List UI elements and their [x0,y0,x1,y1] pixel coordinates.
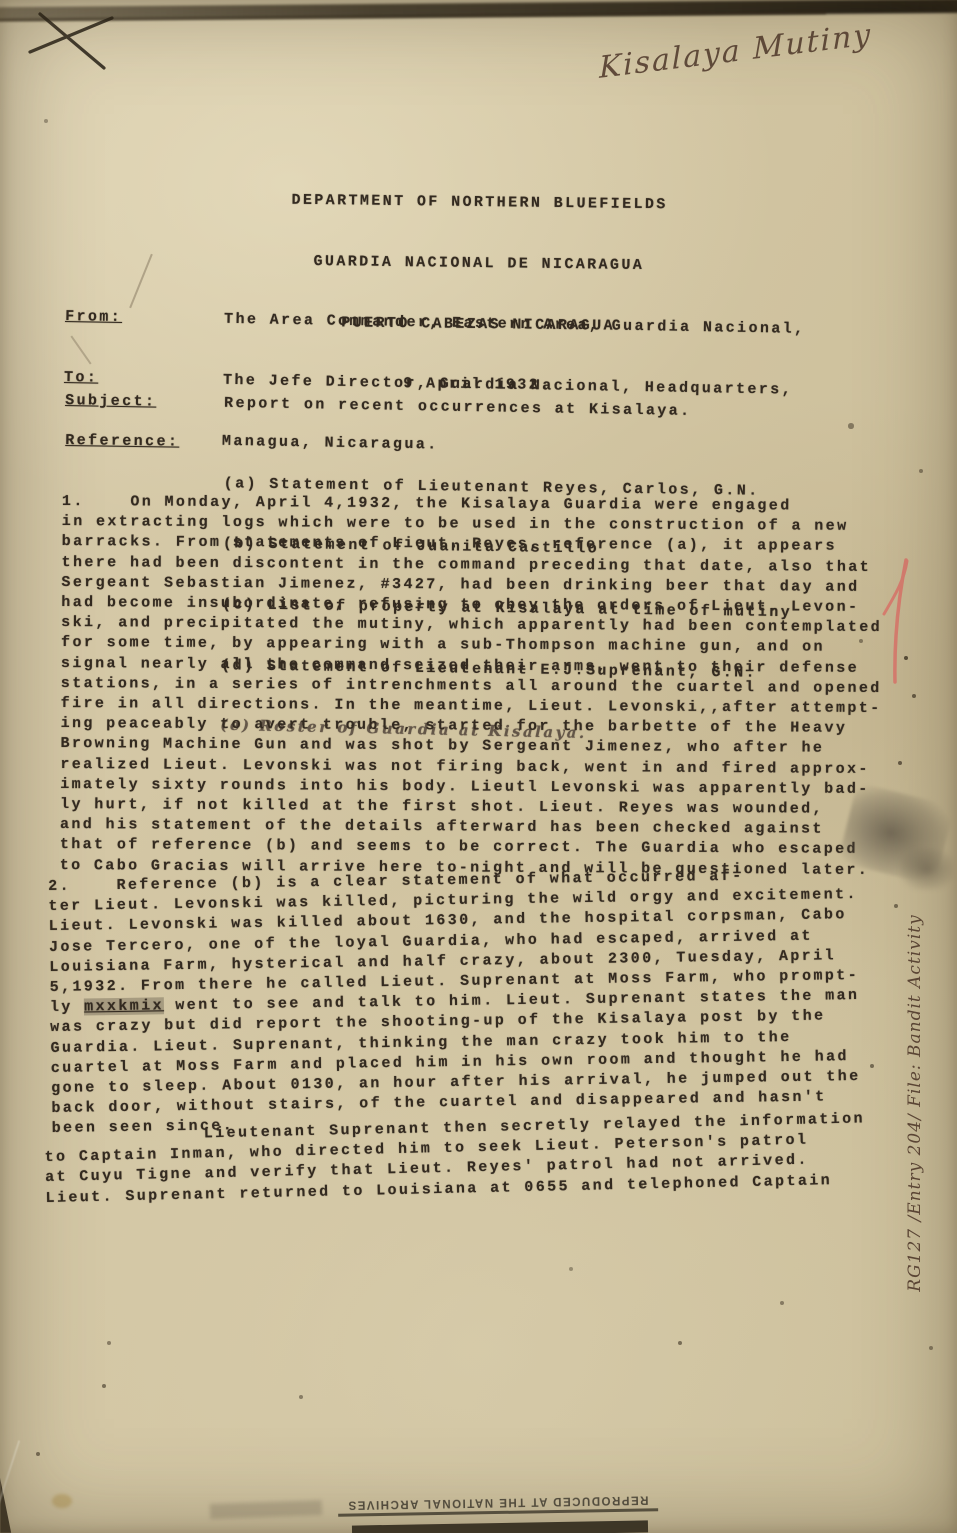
faint-print-ghost [210,1500,322,1519]
from-label: From: [65,308,122,326]
paragraph-2-struck-word: mxxkmix [84,998,164,1016]
from-value: The Area Commander, Eastern Area, Guardi… [224,310,806,340]
paragraph-3: Lieutenant Suprenant then secretly relay… [44,1109,867,1208]
reference-label: Reference: [65,432,179,451]
archives-stamp: REPRODUCED AT THE NATIONAL ARCHIVES [338,1489,658,1517]
archivist-margin-note: RG127 /Entry 204/ File: Bandit Activity [905,873,925,1333]
scan-bottom-bar [352,1520,648,1533]
handwritten-title-note: Kisalaya Mutiny [599,17,873,86]
paper-stain [52,1494,72,1508]
staple-x-mark-icon [12,6,122,76]
from-label-cell: From: [65,307,224,330]
paragraph-1: 1. On Monday, April 4,1932, the Kisalaya… [60,492,883,881]
paragraph-2: 2. Reference (b) is a clear statement of… [48,865,861,1140]
paper-speckles [0,0,2,2]
scanned-document-page: Kisalaya Mutiny DEPARTMENT OF NORTHERN B… [0,0,957,1533]
from-row: From: The Area Commander, Eastern Area, … [65,307,806,340]
letterhead-department: DEPARTMENT OF NORTHERN BLUEFIELDS [1,188,957,220]
archives-stamp-text: REPRODUCED AT THE NATIONAL ARCHIVES [347,1493,649,1510]
red-check-margin-mark-icon [874,556,918,688]
